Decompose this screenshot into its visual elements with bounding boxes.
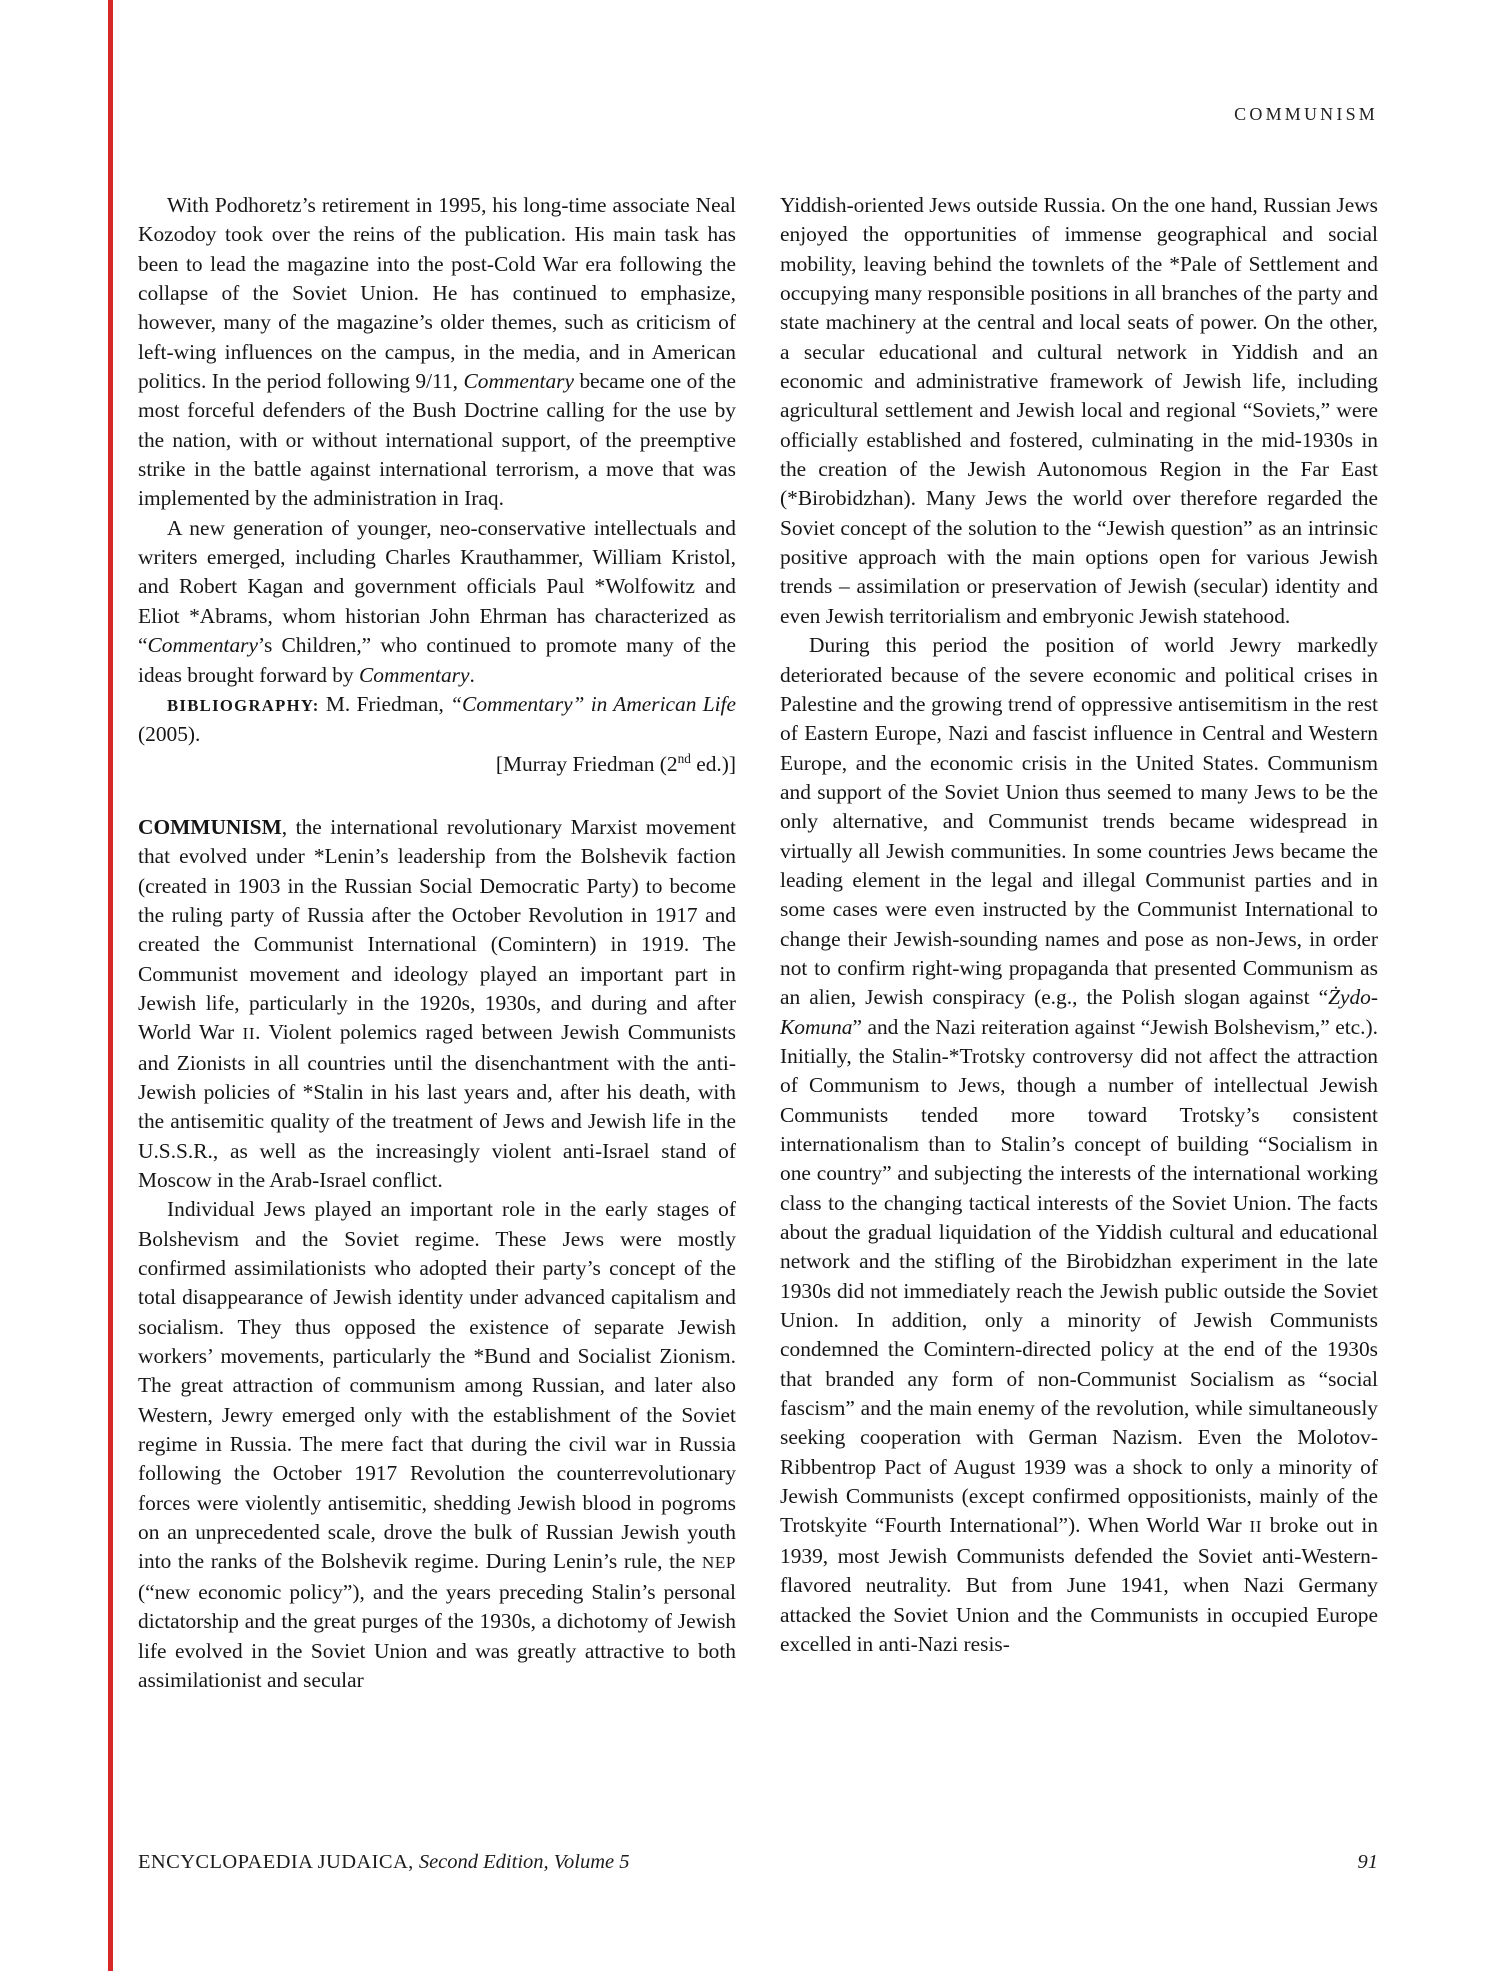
text-run: II — [243, 1024, 256, 1043]
text-run: BIBLIOGRAPHY: — [167, 696, 320, 715]
paragraph: With Podhoretz’s retirement in 1995, his… — [138, 191, 736, 514]
text-run: nd — [678, 750, 691, 765]
footer-imprint-title: ENCYCLOPAEDIA JUDAICA, — [138, 1851, 414, 1873]
text-run: ” and the Nazi reiteration against “Jewi… — [780, 1015, 1378, 1538]
text-run: (“new economic policy”), and the years p… — [138, 1580, 736, 1692]
text-run: COMMUNISM — [138, 815, 282, 839]
text-run: Commentary — [359, 663, 470, 687]
left-column: With Podhoretz’s retirement in 1995, his… — [138, 191, 736, 1695]
footer-page-number: 91 — [1358, 1851, 1379, 1874]
paragraph: Yiddish-oriented Jews outside Russia. On… — [780, 191, 1378, 631]
running-head: COMMUNISM — [138, 104, 1378, 125]
text-run: “Commentary” in American Life — [450, 692, 736, 716]
right-column: Yiddish-oriented Jews outside Russia. On… — [780, 191, 1378, 1695]
footer-imprint: ENCYCLOPAEDIA JUDAICA, Second Edition, V… — [138, 1851, 629, 1874]
text-run: (2005). — [138, 722, 200, 746]
margin-rule — [108, 0, 113, 1971]
text-run: NEP — [702, 1553, 736, 1572]
paragraph: COMMUNISM, the international revolutiona… — [138, 813, 736, 1195]
text-run: With Podhoretz’s retirement in 1995, his… — [138, 193, 736, 393]
paragraph: A new generation of younger, neo-conserv… — [138, 514, 736, 690]
page: COMMUNISM With Podhoretz’s retirement in… — [0, 0, 1500, 1971]
text-run: [Murray Friedman (2 — [496, 752, 678, 776]
paragraph: Individual Jews played an important role… — [138, 1195, 736, 1695]
text-run: Commentary — [148, 633, 259, 657]
footer-imprint-edition: Second Edition, Volume 5 — [414, 1851, 630, 1873]
text-run: Commentary — [463, 369, 574, 393]
paragraph: BIBLIOGRAPHY: M. Friedman, “Commentary” … — [138, 690, 736, 750]
text-run: Individual Jews played an important role… — [138, 1197, 736, 1573]
text-run: . Violent polemics raged between Jewish … — [138, 1020, 736, 1192]
text-run: . — [470, 663, 475, 687]
text-run: , the international revolutionary Marxis… — [138, 815, 736, 1044]
text-run: Yiddish-oriented Jews outside Russia. On… — [780, 193, 1378, 628]
page-footer: ENCYCLOPAEDIA JUDAICA, Second Edition, V… — [138, 1851, 1378, 1874]
text-columns: With Podhoretz’s retirement in 1995, his… — [138, 191, 1378, 1695]
paragraph: During this period the position of world… — [780, 631, 1378, 1659]
text-run: II — [1249, 1517, 1262, 1536]
text-run: During this period the position of world… — [780, 633, 1378, 1009]
text-run: ed.)] — [691, 752, 736, 776]
paragraph: [Murray Friedman (2nd ed.)] — [138, 750, 736, 779]
text-run: M. Friedman, — [320, 692, 451, 716]
